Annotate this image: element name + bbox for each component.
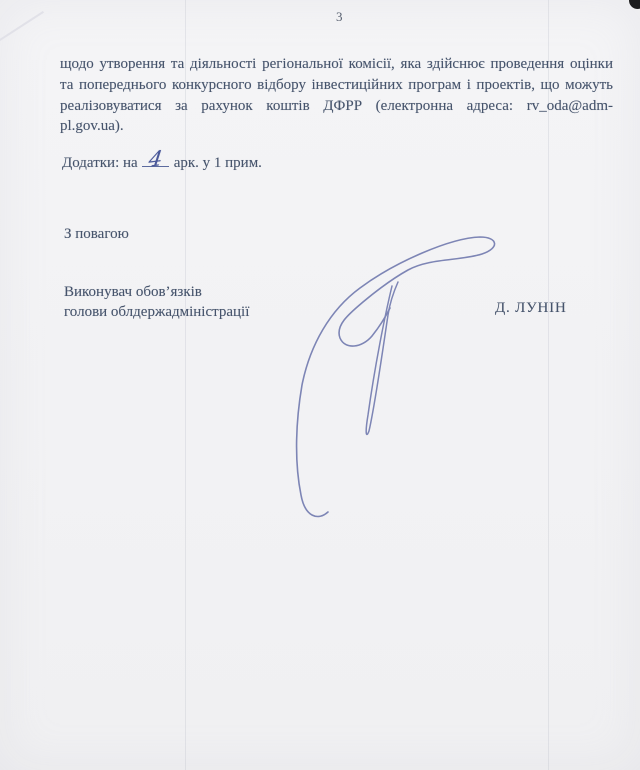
body-paragraph: щодо утворення та діяльності регіонально…: [60, 54, 613, 137]
corner-fold-crease: [0, 11, 44, 43]
attachments-line: Додатки: на4арк. у 1 прим.: [62, 151, 262, 172]
signature-descender-stroke: [366, 282, 398, 434]
signature-main-stroke: [297, 237, 495, 516]
handwritten-signature: [280, 225, 510, 530]
page-number: 3: [336, 9, 343, 25]
sheet-count-underline: 4: [142, 151, 169, 167]
attachments-suffix: арк. у 1 прим.: [174, 155, 262, 171]
signer-titles: Виконувач обов’язків голови облдержадмін…: [64, 283, 249, 322]
scanned-letter-page: 3 щодо утворення та діяльності регіональ…: [0, 0, 640, 770]
closing-salutation: З повагою: [64, 226, 129, 243]
signer-title-line1: Виконувач обов’язків: [64, 283, 249, 303]
handwritten-sheet-count: 4: [147, 148, 163, 170]
scan-artifact-dot: [629, 0, 640, 9]
attachments-prefix: Додатки: на: [62, 155, 138, 171]
signer-title-line2: голови облдержадміністрації: [64, 303, 249, 323]
